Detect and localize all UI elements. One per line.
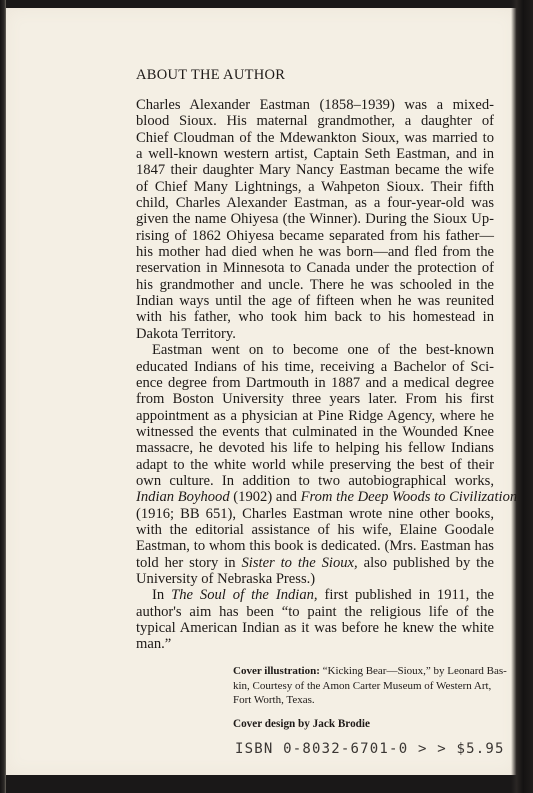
text-line: his grandmother and uncle. There he was … [136, 277, 494, 293]
text-line: University of Nebraska Press.) [136, 571, 494, 587]
text-fragment: also published by the [358, 555, 494, 571]
text-line: witnessed the events that culminated in … [136, 424, 494, 440]
text-fragment: “Kicking Bear—Sioux,” by Leonard Bas- [320, 665, 507, 677]
text-line: reservation in Minnesota to Canada under… [136, 260, 494, 276]
text-line: with the editorial assistance of his wif… [136, 522, 494, 538]
text-line: child, Charles Alexander Eastman, as a f… [136, 195, 494, 211]
text-line: Eastman, to whom this book is dedicated.… [136, 538, 494, 554]
paragraph-3: In The Soul of the Indian, first publish… [136, 587, 494, 652]
text-line: with his father, who took him back to hi… [136, 309, 494, 325]
cover-design-credit: Cover design by Jack Brodie [233, 718, 370, 730]
text-line: given the name Ohiyesa (the Winner). Dur… [136, 211, 494, 227]
text-line: his mother had died when he was born—and… [136, 244, 494, 260]
page-left-edge [0, 0, 6, 793]
about-the-author-section: ABOUT THE AUTHOR Charles Alexander Eastm… [136, 66, 494, 653]
text-line: kin, Courtesy of the Amon Carter Museum … [233, 679, 495, 694]
text-fragment: (1902) and [230, 489, 301, 505]
text-line: told her story in Sister to the Sioux, a… [136, 555, 494, 571]
text-line: Chief Cloudman of the Mdewankton Sioux, … [136, 130, 494, 146]
isbn-price-line: ISBN 0-8032-6701-0 > > $5.95 [235, 741, 505, 757]
text-line: adapt to the white world while preservin… [136, 457, 494, 473]
text-line: of Chief Many Lightnings, a Wahpeton Sio… [136, 179, 494, 195]
text-line: blood Sioux. His maternal grandmother, a… [136, 113, 494, 129]
text-line: Cover illustration: “Kicking Bear—Sioux,… [233, 664, 495, 679]
scanned-book-back-cover: ABOUT THE AUTHOR Charles Alexander Eastm… [0, 0, 533, 793]
cover-illustration-credit: Cover illustration: “Kicking Bear—Sioux,… [233, 664, 495, 708]
text-fragment: In [152, 587, 171, 603]
text-line: educated Indians of his time, receiving … [136, 359, 494, 375]
text-line: rising of 1862 Ohiyesa became separated … [136, 228, 494, 244]
text-line: a well-known western artist, Captain Set… [136, 146, 494, 162]
text-line: appointment as a physician at Pine Ridge… [136, 408, 494, 424]
text-line: Eastman went on to become one of the bes… [136, 342, 494, 358]
book-title-sister-to-the-sioux: Sister to the Sioux, [241, 555, 357, 571]
text-line: own culture. In addition to two autobiog… [136, 473, 494, 489]
book-title-soul-of-the-indian: The Soul of the Indian, [171, 587, 318, 603]
book-title-indian-boyhood: Indian Boyhood [136, 489, 230, 505]
credit-label: Cover illustration: [233, 665, 320, 677]
text-line: Fort Worth, Texas. [233, 693, 495, 708]
text-line: 1847 their daughter Mary Nancy Eastman b… [136, 162, 494, 178]
text-fragment: told her story in [136, 555, 241, 571]
text-line: man.” [136, 636, 494, 652]
text-line: massacre, he devoted his life to helping… [136, 440, 494, 456]
text-line: ence degree from Dartmouth in 1887 and a… [136, 375, 494, 391]
text-line: author's aim has been “to paint the reli… [136, 604, 494, 620]
text-line: Dakota Territory. [136, 326, 494, 342]
text-line: (1916; BB 651), Charles Eastman wrote ni… [136, 506, 494, 522]
text-line: Charles Alexander Eastman (1858–1939) wa… [136, 97, 494, 113]
text-line: Indian Boyhood (1902) and From the Deep … [136, 489, 494, 505]
text-line: from Boston University three years later… [136, 391, 494, 407]
section-heading: ABOUT THE AUTHOR [136, 66, 494, 84]
book-title-from-the-deep-woods: From the Deep Woods to Civilization [301, 489, 518, 505]
text-line: In The Soul of the Indian, first publish… [136, 587, 494, 603]
text-fragment: first published in 1911, the [318, 587, 494, 603]
paragraph-1: Charles Alexander Eastman (1858–1939) wa… [136, 97, 494, 342]
paragraph-2: Eastman went on to become one of the bes… [136, 342, 494, 587]
page-right-shadow [511, 0, 533, 793]
text-line: typical American Indian as it was before… [136, 620, 494, 636]
text-line: Indian ways until the age of fifteen whe… [136, 293, 494, 309]
